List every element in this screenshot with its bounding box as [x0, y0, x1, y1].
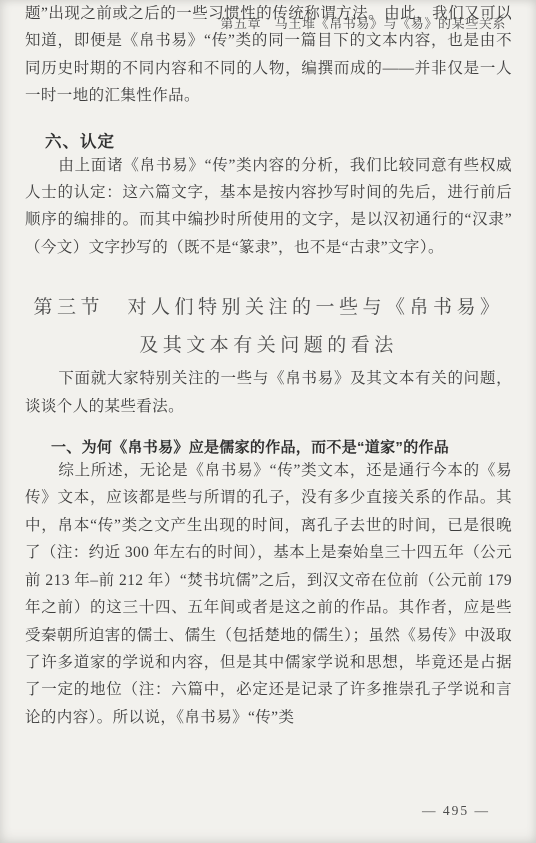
- section-title: 第三节 对人们特别关注的一些与《帛书易》 及其文本有关问题的看法: [25, 289, 512, 365]
- paragraph-intro: 下面就大家特别关注的一些与《帛书易》及其文本有关的问题，谈谈个人的某些看法。: [25, 365, 512, 420]
- section-title-line2: 及其文本有关问题的看法: [25, 327, 512, 365]
- paragraph-continuation: 题”出现之前或之后的一些习惯性的传统称谓方法。由此，我们又可以知道，即便是《帛书…: [25, 0, 512, 110]
- heading-one-confucian-work: 一、为何《帛书易》应是儒家的作品，而不是“道家”的作品: [51, 438, 512, 457]
- page-content: 题”出现之前或之后的一些习惯性的传统称谓方法。由此，我们又可以知道，即便是《帛书…: [25, 0, 512, 731]
- heading-six-determination: 六、认定: [45, 132, 512, 152]
- paragraph-main-argument: 综上所述，无论是《帛书易》“传”类文本，还是通行今本的《易传》文本，应该都是些与…: [25, 457, 512, 731]
- page-number: — 495 —: [422, 803, 490, 819]
- paragraph-determination: 由上面诸《帛书易》“传”类内容的分析，我们比较同意有些权威人士的认定：这六篇文字…: [25, 152, 512, 262]
- book-page: 第五章 马王堆《帛书易》与《易》的某些关系 题”出现之前或之后的一些习惯性的传统…: [0, 0, 536, 843]
- section-title-line1: 第三节 对人们特别关注的一些与《帛书易》: [25, 289, 512, 327]
